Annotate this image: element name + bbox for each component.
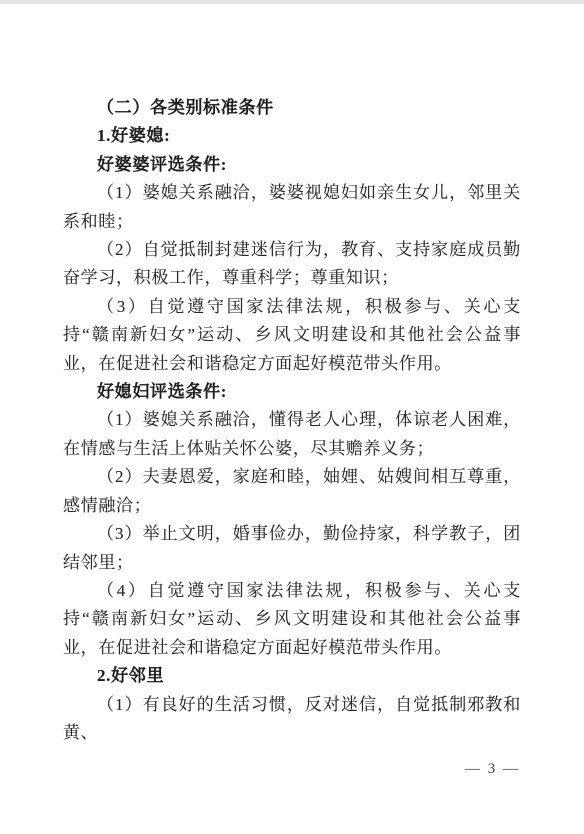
heading-good-poxi: 1.好婆媳: (63, 122, 521, 150)
heading-good-daughter-in-law-criteria: 好媳妇评选条件: (63, 378, 521, 406)
para-daughter-in-law-3: （3）举止文明，婚事俭办，勤俭持家，科学教子，团结邻里； (63, 520, 521, 577)
para-neighbor-1: （1）有良好的生活习惯，反对迷信，自觉抵制邪教和黄、 (63, 691, 521, 748)
page-number: — 3 — (465, 761, 520, 778)
document-body: （二）各类别标准条件 1.好婆媳: 好婆婆评选条件: （1）婆媳关系融洽，婆婆视… (63, 94, 521, 747)
heading-category-standards: （二）各类别标准条件 (63, 94, 521, 122)
para-daughter-in-law-4: （4）自觉遵守国家法律法规，积极参与、关心支持“赣南新妇女”运动、乡风文明建设和… (63, 577, 521, 662)
para-mother-in-law-2: （2）自觉抵制封建迷信行为，教育、支持家庭成员勤奋学习，积极工作，尊重科学；尊重… (63, 236, 521, 293)
heading-good-neighbor: 2.好邻里 (63, 662, 521, 690)
heading-good-mother-in-law-criteria: 好婆婆评选条件: (63, 151, 521, 179)
para-mother-in-law-1: （1）婆媳关系融洽，婆婆视媳妇如亲生女儿，邻里关系和睦； (63, 179, 521, 236)
para-mother-in-law-3: （3）自觉遵守国家法律法规，积极参与、关心支持“赣南新妇女”运动、乡风文明建设和… (63, 293, 521, 378)
para-daughter-in-law-2: （2）夫妻恩爱，家庭和睦，妯娌、姑嫂间相互尊重，感情融洽； (63, 463, 521, 520)
scan-edge-artifact (0, 0, 584, 4)
para-daughter-in-law-1: （1）婆媳关系融洽，懂得老人心理，体谅老人困难，在情感与生活上体贴关怀公婆，尽其… (63, 406, 521, 463)
